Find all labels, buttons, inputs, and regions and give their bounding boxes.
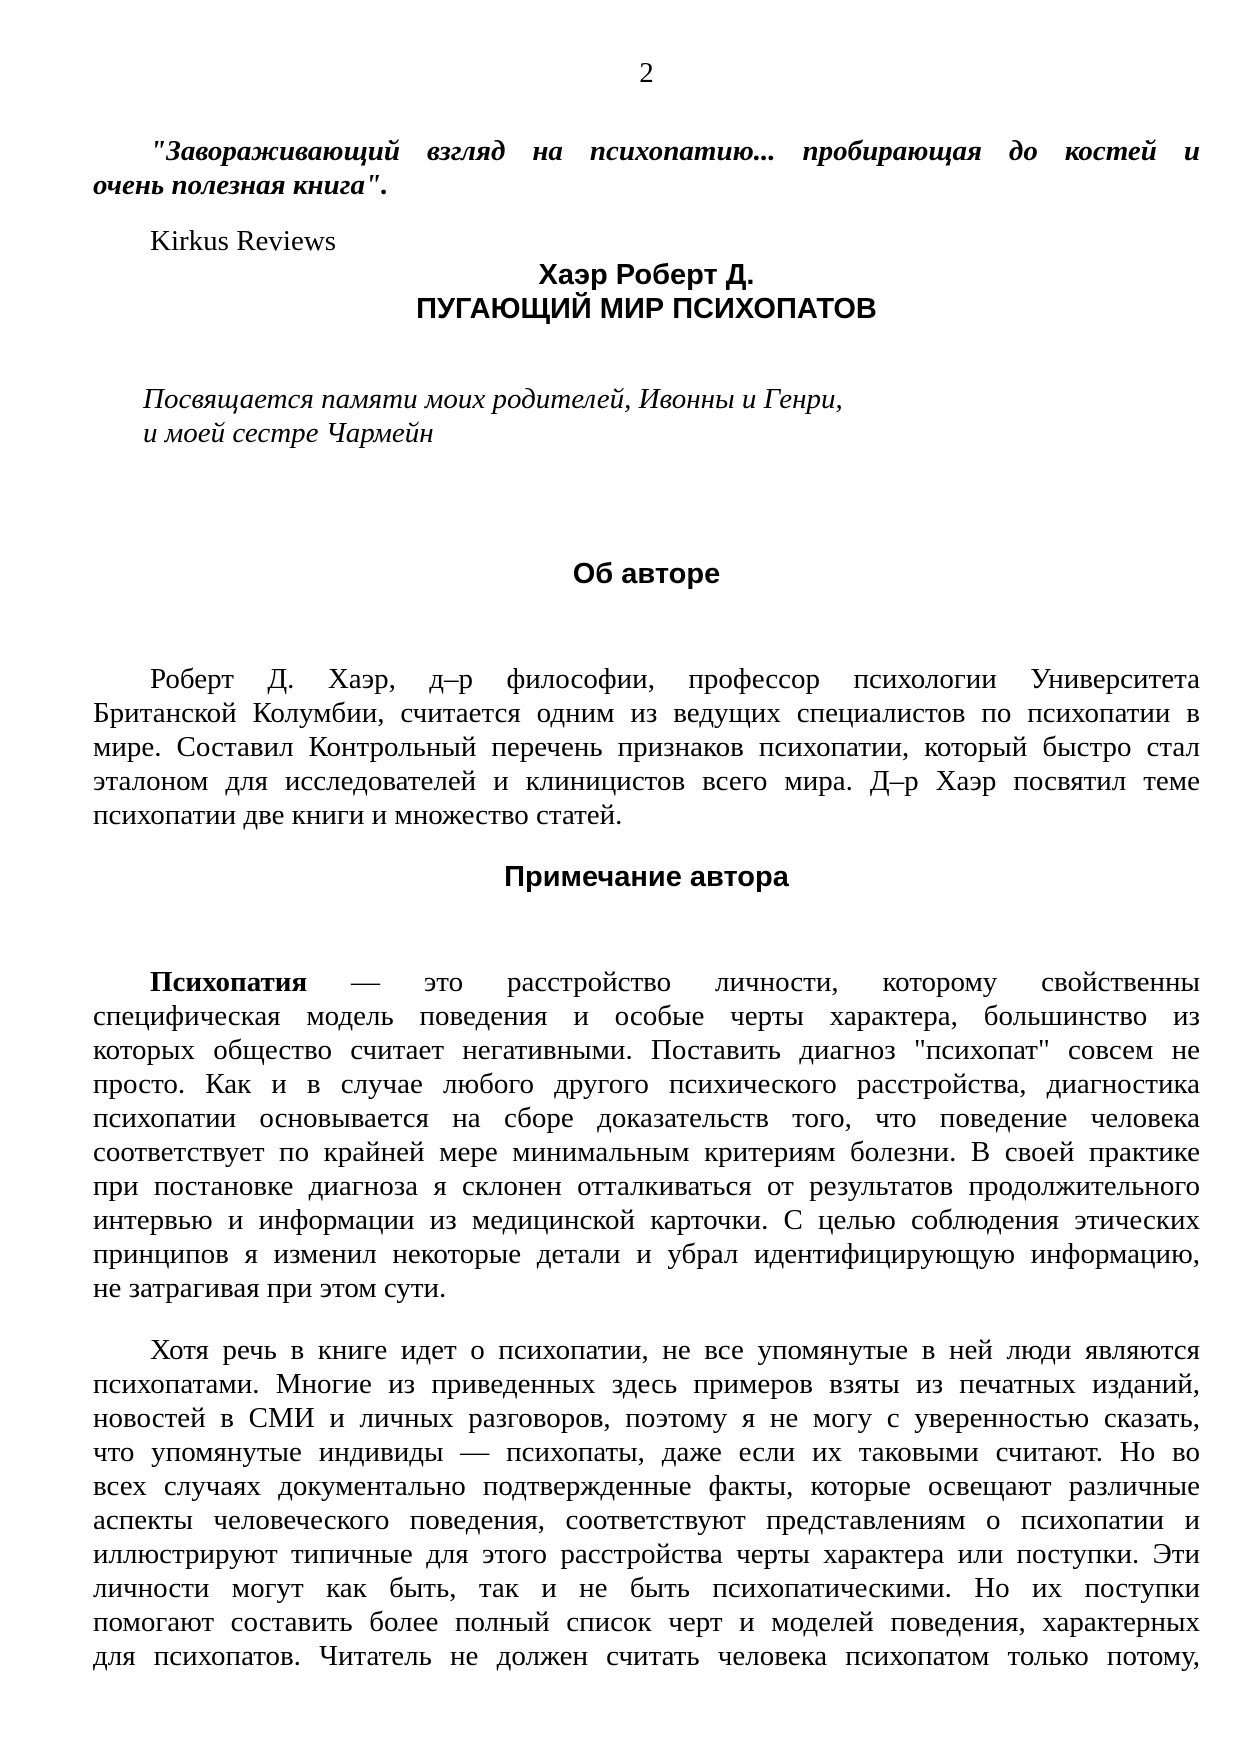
review-quote: "Завораживающий взгляд на психопатию... …	[93, 134, 1200, 202]
body-line: при постановке диагноза я склонен отталк…	[93, 1169, 1200, 1203]
book-title: ПУГАЮЩИЙ МИР ПСИХОПАТОВ	[93, 292, 1200, 326]
body-line: просто. Как и в случае любого другого пс…	[93, 1067, 1200, 1101]
body-line: интервью и информации из медицинской кар…	[93, 1203, 1200, 1237]
body-line: психопатии основывается на сборе доказат…	[93, 1101, 1200, 1135]
body-line: Хотя речь в книге идет о психопатии, не …	[93, 1333, 1200, 1367]
body-line: аспекты человеческого поведения, соответ…	[93, 1503, 1200, 1537]
page-number: 2	[93, 56, 1200, 90]
dedication: Посвящается памяти моих родителей, Ивонн…	[93, 382, 1200, 450]
dedication-line-1: Посвящается памяти моих родителей, Ивонн…	[143, 382, 1200, 416]
review-quote-line-1: "Завораживающий взгляд на психопатию... …	[93, 134, 1200, 168]
body-line: психопатии две книги и множество статей.	[93, 798, 1200, 832]
body-line: личности могут как быть, так и не быть п…	[93, 1571, 1200, 1605]
section-heading-about-author: Об авторе	[93, 557, 1200, 591]
body-line: специфическая модель поведения и особые …	[93, 999, 1200, 1033]
body-line: психопатами. Многие из приведенных здесь…	[93, 1367, 1200, 1401]
body-line: Британской Колумбии, считается одним из …	[93, 696, 1200, 730]
book-page: 2 "Завораживающий взгляд на психопатию..…	[0, 0, 1240, 1754]
dedication-line-2: и моей сестре Чармейн	[143, 416, 1200, 450]
body-line: для психопатов. Читатель не должен счита…	[93, 1639, 1200, 1673]
body-line: соответствует по крайней мере минимальны…	[93, 1135, 1200, 1169]
body-line: всех случаях документально подтвержденны…	[93, 1469, 1200, 1503]
section-heading-author-note: Примечание автора	[93, 860, 1200, 894]
review-attribution: Kirkus Reviews	[93, 224, 1200, 258]
body-line: мире. Составил Контрольный перечень приз…	[93, 730, 1200, 764]
author-note-paragraph-2: Хотя речь в книге идет о психопатии, не …	[93, 1333, 1200, 1673]
body-line: иллюстрируют типичные для этого расстрой…	[93, 1537, 1200, 1571]
paragraph-lead-rest: — это расстройство личности, которому св…	[351, 966, 1200, 998]
body-line: эталоном для исследователей и клиницисто…	[93, 764, 1200, 798]
title-block: Хаэр Роберт Д. ПУГАЮЩИЙ МИР ПСИХОПАТОВ	[93, 258, 1200, 326]
body-line: новостей в СМИ и личных разговоров, поэт…	[93, 1401, 1200, 1435]
about-author-paragraph: Роберт Д. Хаэр, д–р философии, профессор…	[93, 662, 1200, 832]
body-line: Психопатия — это расстройство личности, …	[93, 965, 1200, 999]
author-note-paragraph-1: Психопатия — это расстройство личности, …	[93, 965, 1200, 1305]
body-line: помогают составить более полный список ч…	[93, 1605, 1200, 1639]
paragraph-lead: Психопатия	[150, 966, 307, 998]
body-line: что упомянутые индивиды — психопаты, даж…	[93, 1435, 1200, 1469]
body-line: не затрагивая при этом сути.	[93, 1271, 1200, 1305]
review-quote-line-2: очень полезная книга".	[93, 168, 1200, 202]
body-line: Роберт Д. Хаэр, д–р философии, профессор…	[93, 662, 1200, 696]
body-line: принципов я изменил некоторые детали и у…	[93, 1237, 1200, 1271]
body-line: которых общество считает негативными. По…	[93, 1033, 1200, 1067]
book-author: Хаэр Роберт Д.	[93, 258, 1200, 292]
